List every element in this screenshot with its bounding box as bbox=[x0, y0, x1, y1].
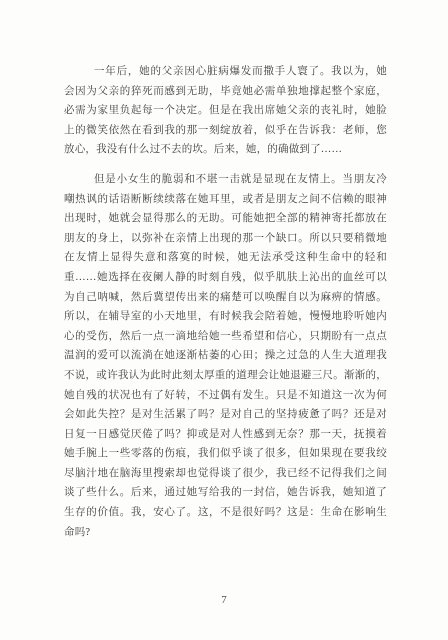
page-number: 7 bbox=[0, 594, 448, 606]
text-line: 嘲热讽的话语断断续续落在她耳里，或者是朋友之间不信赖的眼神 bbox=[64, 190, 387, 210]
text-line: 一年后，她的父亲因心脏病爆发而撒手人寰了。我以为，她 bbox=[64, 62, 387, 82]
text-line: 她手腕上一些零落的伤痕，我们似乎谈了很多，但如果现在要我绞 bbox=[64, 444, 387, 464]
text-line: 温润的爱可以流淌在她逐渐枯萎的心田；操之过急的人生大道理我 bbox=[64, 346, 387, 366]
text-line: 尽脑汁地在脑海里搜索却也觉得谈了很少，我已经不记得我们之间 bbox=[64, 464, 387, 484]
paragraph: 但是小女生的脆弱和不堪一击就是显现在友情上。当朋友冷 嘲热讽的话语断断续续落在她… bbox=[64, 170, 387, 542]
text-line: 朋友的身上，以弥补在亲情上出现的那一个缺口。所以只要稍微地 bbox=[64, 229, 387, 249]
text-line: 谈了些什么。后来，通过她写给我的一封信，她告诉我，她知道了 bbox=[64, 483, 387, 503]
text-line: 重……她选择在夜阑人静的时刻自残，似乎肌肤上沁出的血丝可以 bbox=[64, 268, 387, 288]
text-line: 会如此失控？是对生活累了吗？是对自己的坚持疲惫了吗？还是对 bbox=[64, 405, 387, 425]
text-line: 命吗? bbox=[64, 523, 387, 543]
text-line: 必需为家里负起每一个决定。但是在我出席她父亲的丧礼时，她脸 bbox=[64, 101, 387, 121]
document-page: 一年后，她的父亲因心脏病爆发而撒手人寰了。我以为，她 会因为父亲的猝死而感到无助… bbox=[0, 0, 448, 640]
text-line: 上的微笑依然在看到我的那一刻绽放着，似乎在告诉我：老师，您 bbox=[64, 121, 387, 141]
text-line: 但是小女生的脆弱和不堪一击就是显现在友情上。当朋友冷 bbox=[64, 170, 387, 190]
text-line: 日复一日感觉厌倦了吗？抑或是对人性感到无奈？那一天，抚摸着 bbox=[64, 425, 387, 445]
text-line: 为自己呐喊，然后冀望传出来的痛楚可以唤醒自以为麻痹的情感。 bbox=[64, 288, 387, 308]
text-line: 会因为父亲的猝死而感到无助，毕竟她必需单独地撑起整个家庭， bbox=[64, 82, 387, 102]
text-line: 在友情上显得失意和落寞的时候，她无法承受这种生命中的轻和 bbox=[64, 248, 387, 268]
text-line: 所以，在辅导室的小天地里，有时候我会陪着她，慢慢地聆听她内 bbox=[64, 307, 387, 327]
text-line: 心的受伤，然后一点一滴地给她一些希望和信心，只期盼有一点点 bbox=[64, 327, 387, 347]
body-text: 一年后，她的父亲因心脏病爆发而撒手人寰了。我以为，她 会因为父亲的猝死而感到无助… bbox=[64, 62, 387, 542]
text-line: 出现时，她就会显得那么的无助。可能她把全部的精神寄托都放在 bbox=[64, 209, 387, 229]
text-line: 她自残的状况也有了好转，不过偶有发生。只是不知道这一次为何 bbox=[64, 386, 387, 406]
text-line: 生存的价值。我，安心了。这，不是很好吗？这是：生命在影响生 bbox=[64, 503, 387, 523]
paragraph: 一年后，她的父亲因心脏病爆发而撒手人寰了。我以为，她 会因为父亲的猝死而感到无助… bbox=[64, 62, 387, 160]
text-line: 不说，或许我认为此时此刻太厚重的道理会让她退避三尺。渐渐的， bbox=[64, 366, 387, 386]
text-line: 放心，我没有什么过不去的坎。后来，她，的确做到了…… bbox=[64, 140, 387, 160]
